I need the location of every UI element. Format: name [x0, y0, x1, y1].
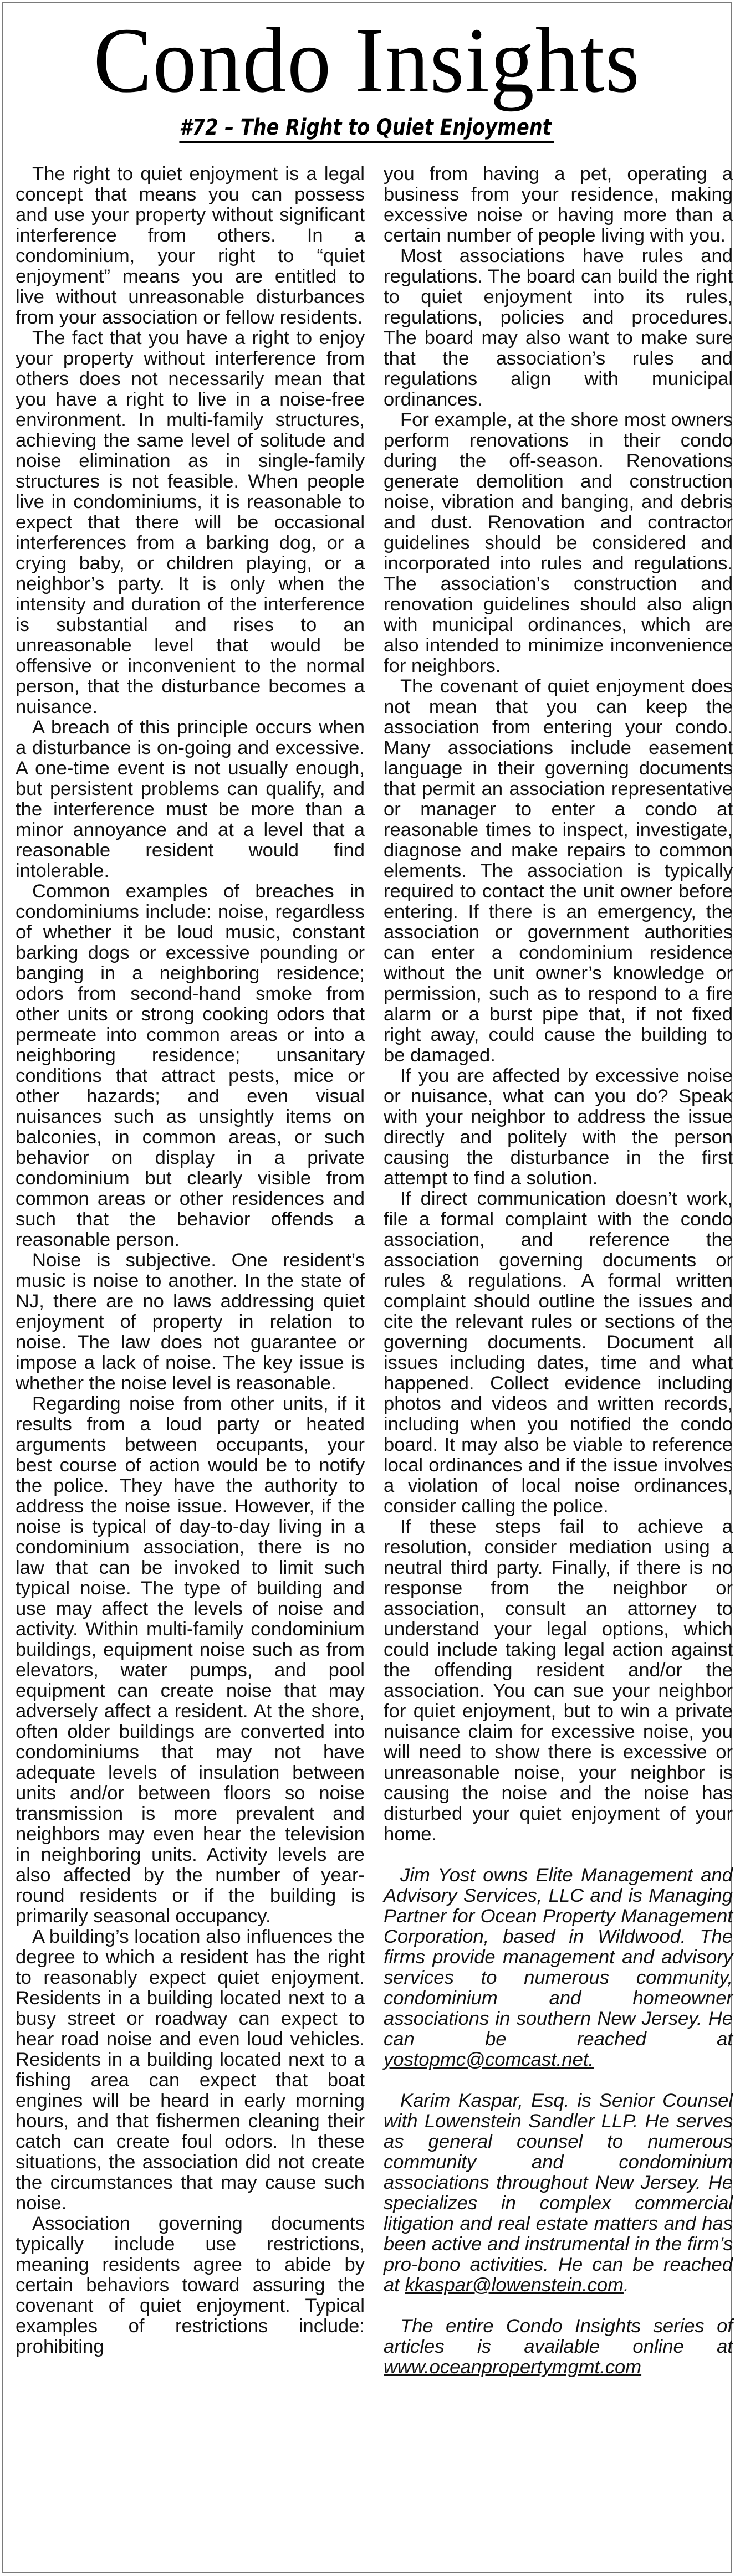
article-title: #72 – The Right to Quiet Enjoyment — [3, 114, 731, 143]
bio-text: Jim Yost owns Elite Management and Advis… — [384, 1865, 733, 2050]
paragraph: A building’s location also influences th… — [16, 1927, 365, 2214]
paragraph: A breach of this principle occurs when a… — [16, 717, 365, 881]
paragraph: For example, at the shore most owners pe… — [384, 410, 733, 676]
page-frame: Condo Insights #72 – The Right to Quiet … — [2, 2, 732, 2573]
paragraph: The right to quiet enjoyment is a legal … — [16, 164, 365, 328]
bio-period: . — [624, 2275, 629, 2296]
paragraph: Association governing documents typicall… — [16, 2214, 365, 2357]
paragraph: Regarding noise from other units, if it … — [16, 1394, 365, 1927]
series-note: The entire Condo Insights series of arti… — [384, 2316, 733, 2378]
website-link[interactable]: www.oceanpropertymgmt.com — [384, 2357, 641, 2378]
article-title-text: #72 – The Right to Quiet Enjoyment — [180, 114, 554, 143]
author-bio-yost: Jim Yost owns Elite Management and Advis… — [384, 1865, 733, 2070]
paragraph: Common examples of breaches in condomini… — [16, 881, 365, 1250]
kaspar-email-link[interactable]: kkaspar@lowenstein.com — [405, 2275, 624, 2296]
paragraph: Most associations have rules and regulat… — [384, 246, 733, 410]
paragraph: Noise is subjective. One resident’s musi… — [16, 1250, 365, 1394]
yost-email-link[interactable]: yostopmc@comcast.net. — [384, 2049, 594, 2070]
paragraph: If direct communication doesn’t work, fi… — [384, 1189, 733, 1517]
left-column: The right to quiet enjoyment is a legal … — [16, 164, 365, 2357]
masthead-title: Condo Insights — [25, 8, 708, 113]
bio-text: Karim Kaspar, Esq. is Senior Counsel wit… — [384, 2090, 733, 2296]
paragraph: The covenant of quiet enjoyment does not… — [384, 676, 733, 1066]
paragraph: If these steps fail to achieve a resolut… — [384, 1517, 733, 1845]
author-bio-kaspar: Karim Kaspar, Esq. is Senior Counsel wit… — [384, 2091, 733, 2296]
series-text: The entire Condo Insights series of arti… — [384, 2316, 733, 2357]
right-column: you from having a pet, operating a busin… — [384, 164, 733, 2378]
paragraph: If you are affected by excessive noise o… — [384, 1066, 733, 1189]
paragraph: The fact that you have a right to enjoy … — [16, 328, 365, 717]
paragraph-continuation: you from having a pet, operating a busin… — [384, 164, 733, 246]
